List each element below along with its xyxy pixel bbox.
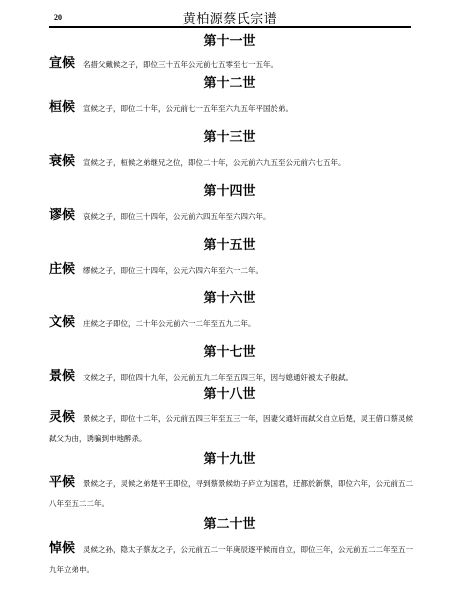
generation-entry: 庄候缪候之子，即位三十四年，公元六四六年至六一二年。 bbox=[49, 258, 419, 278]
generation-entry: 景候文候之子，即位四十九年，公元前五九二年至五四三年，因与媳通奸被太子般弑。 bbox=[49, 365, 419, 385]
generation-entry: 平候景候之子，灵候之弟楚平王即位，寻到蔡景候幼子庐立为国君，迁都於新蔡，即位六年… bbox=[49, 471, 419, 511]
entry-description: 宣候之子，即位二十年，公元前七一五年至六九五年平国於弟。 bbox=[83, 104, 293, 113]
entry-description: 文候之子，即位四十九年，公元前五九二年至五四三年，因与媳通奸被太子般弑。 bbox=[83, 373, 353, 382]
entry-description: 庄候之子即位，二十年公元前六一二年至五九二年。 bbox=[83, 319, 256, 328]
ruler-name: 悼候 bbox=[49, 541, 75, 556]
entry-description: 灵候之孙，隐太子蔡友之子，公元前五二一年庚辰逐平候而自立，即位三年，公元前五二二… bbox=[49, 545, 413, 574]
entry-description: 景候之子，即位十二年，公元前五四三年至五三一年，因妻父通奸而弑父自立后楚，灵王借… bbox=[49, 414, 413, 443]
generation-entry: 文候庄候之子即位，二十年公元前六一二年至五九二年。 bbox=[49, 311, 419, 331]
ruler-name: 文候 bbox=[49, 315, 75, 330]
entry-description: 宣候之子，桓候之弟继兄之位，即位二十年，公元前六九五至公元前六七五年。 bbox=[83, 158, 346, 167]
generation-heading: 第十四世 bbox=[0, 180, 459, 199]
generation-heading: 第十一世 bbox=[0, 30, 459, 49]
generation-entry: 悼候灵候之孙，隐太子蔡友之子，公元前五二一年庚辰逐平候而自立，即位三年，公元前五… bbox=[49, 537, 419, 577]
ruler-name: 庄候 bbox=[49, 262, 75, 277]
generation-entry: 灵候景候之子，即位十二年，公元前五四三年至五三一年，因妻父通奸而弑父自立后楚，灵… bbox=[49, 406, 419, 446]
generation-entry: 宣候名措父戴候之子，即位三十五年公元前七五零至七一五年。 bbox=[49, 52, 419, 72]
generation-entry: 衰候宣候之子，桓候之弟继兄之位，即位二十年，公元前六九五至公元前六七五年。 bbox=[49, 150, 419, 170]
generation-entry: 谬候哀候之子，即位三十四年，公元前六四五年至六四六年。 bbox=[49, 204, 419, 224]
page-title: 黄柏源蔡氏宗谱 bbox=[49, 8, 411, 27]
generation-heading: 第十三世 bbox=[0, 126, 459, 145]
ruler-name: 衰候 bbox=[49, 154, 75, 169]
generation-heading: 第十五世 bbox=[0, 234, 459, 253]
entry-description: 景候之子，灵候之弟楚平王即位，寻到蔡景候幼子庐立为国君，迁都於新蔡，即位六年，公… bbox=[49, 479, 413, 508]
generation-heading: 第十六世 bbox=[0, 287, 459, 306]
generation-heading: 第十二世 bbox=[0, 72, 459, 91]
ruler-name: 景候 bbox=[49, 369, 75, 384]
ruler-name: 宣候 bbox=[49, 56, 75, 71]
ruler-name: 谬候 bbox=[49, 208, 75, 223]
generation-heading: 第二十世 bbox=[0, 513, 459, 532]
generation-heading: 第十七世 bbox=[0, 341, 459, 360]
generation-entry: 桓候宣候之子，即位二十年，公元前七一五年至六九五年平国於弟。 bbox=[49, 96, 419, 116]
ruler-name: 平候 bbox=[49, 475, 75, 490]
entry-description: 哀候之子，即位三十四年，公元前六四五年至六四六年。 bbox=[83, 212, 271, 221]
page-header: 20 黄柏源蔡氏宗谱 bbox=[49, 6, 411, 28]
ruler-name: 桓候 bbox=[49, 100, 75, 115]
ruler-name: 灵候 bbox=[49, 410, 75, 425]
entry-description: 名措父戴候之子，即位三十五年公元前七五零至七一五年。 bbox=[83, 60, 278, 69]
generation-heading: 第十八世 bbox=[0, 383, 459, 402]
generation-heading: 第十九世 bbox=[0, 448, 459, 467]
entry-description: 缪候之子，即位三十四年，公元六四六年至六一二年。 bbox=[83, 266, 263, 275]
